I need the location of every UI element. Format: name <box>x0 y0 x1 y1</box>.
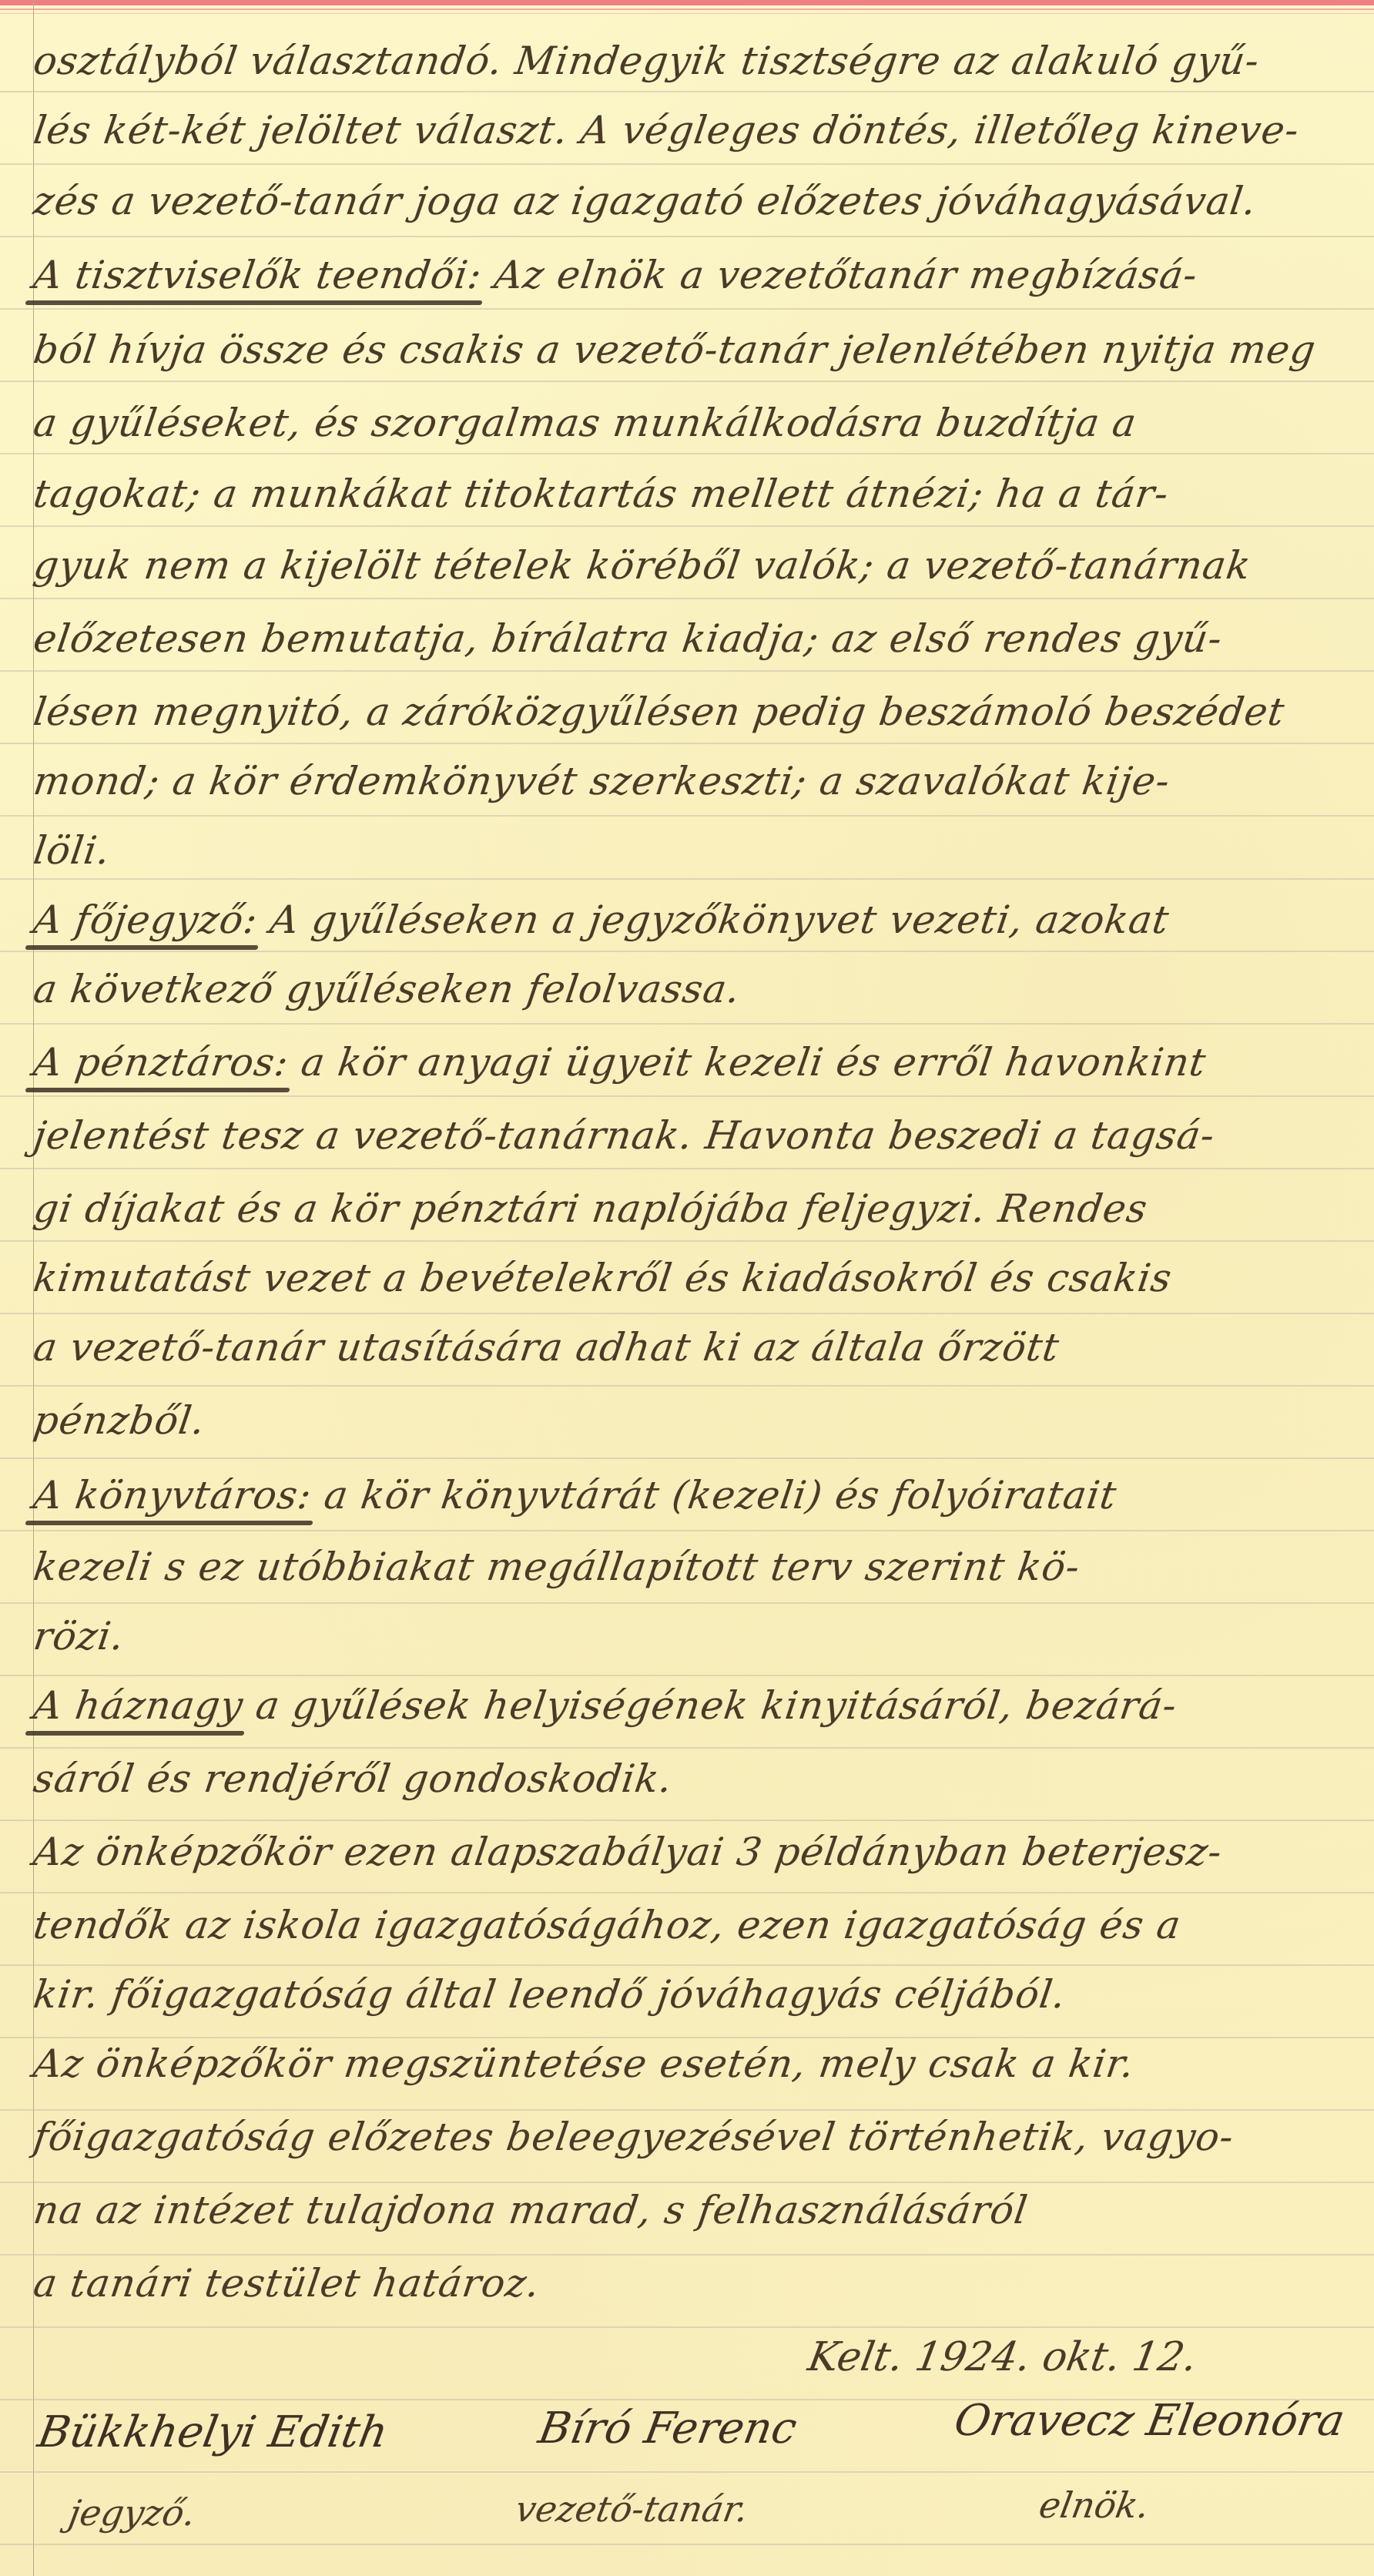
text-line: pénzből. <box>31 1398 208 1443</box>
text-line-with-heading: A könyvtáros: a kör könyvtárát (kezeli) … <box>31 1473 1120 1518</box>
text-fragment: Az elnök a vezetőtanár megbízásá- <box>491 253 1200 297</box>
ruled-line <box>0 951 1374 952</box>
ruled-line <box>0 1313 1374 1314</box>
date-line: Kelt. 1924. okt. 12. <box>805 2334 1201 2380</box>
heading-librarian: A könyvtáros: <box>31 1473 315 1518</box>
ruled-line <box>0 2109 1374 2111</box>
ruled-line <box>0 308 1374 310</box>
text-line: gi díjakat és a kör pénztári naplójába f… <box>31 1186 1151 1231</box>
ruled-line <box>0 1964 1374 1966</box>
ruled-line <box>0 743 1374 744</box>
text-line: jelentést tesz a vezető-tanárnak. Havont… <box>31 1113 1218 1158</box>
text-line: kimutatást vezet a bevételekről és kiadá… <box>31 1256 1175 1300</box>
signature-role-leading-teacher: vezető-tanár. <box>512 2488 751 2530</box>
ruled-line <box>0 1457 1374 1459</box>
ruled-line <box>0 815 1374 817</box>
text-fragment: a kör könyvtárát (kezeli) és folyóiratai… <box>321 1473 1119 1518</box>
ruled-line <box>0 1095 1374 1097</box>
text-fragment: A gyűléseken a jegyzőkönyvet vezeti, azo… <box>267 897 1172 942</box>
ruled-line <box>0 1530 1374 1531</box>
ruled-line <box>0 1240 1374 1242</box>
top-red-rule-secondary <box>0 8 1374 10</box>
ruled-line <box>0 2037 1374 2038</box>
ruled-line <box>0 163 1374 165</box>
text-line: főigazgatóság előzetes beleegyezésével t… <box>31 2115 1237 2159</box>
ruled-line <box>0 878 1374 880</box>
text-line: kir. főigazgatóság által leendő jóváhagy… <box>31 1972 1069 2017</box>
heading-treasurer: A pénztáros: <box>31 1040 292 1085</box>
ruled-line <box>0 236 1374 237</box>
signature-leading-teacher: Bíró Ferenc <box>535 2403 800 2454</box>
ruled-line <box>0 1892 1374 1893</box>
top-red-rule <box>0 0 1374 5</box>
ruled-line <box>0 2254 1374 2256</box>
text-line: rözi. <box>31 1614 127 1659</box>
signature-secretary: Bükkhelyi Edith <box>34 2407 391 2457</box>
text-line: osztályból választandó. Mindegyik tiszts… <box>31 39 1262 83</box>
text-fragment: a gyűlések helyiségének kinyitásáról, be… <box>253 1683 1180 1728</box>
ruled-line <box>0 1168 1374 1169</box>
text-line: a vezető-tanár utasítására adhat ki az á… <box>31 1325 1062 1370</box>
ruled-line <box>0 91 1374 92</box>
text-line-with-heading: A főjegyző: A gyűléseken a jegyzőkönyvet… <box>31 897 1172 942</box>
text-line: ból hívja össze és csakis a vezető-tanár… <box>31 327 1319 372</box>
text-line: na az intézet tulajdona marad, s felhasz… <box>31 2188 1030 2232</box>
text-line: Az önképzőkör megszüntetése esetén, mely… <box>31 2041 1138 2086</box>
text-line-with-heading: A pénztáros: a kör anyagi ügyeit kezeli … <box>31 1040 1209 1085</box>
signature-role-president: elnök. <box>1036 2484 1152 2526</box>
top-red-rule-tertiary <box>0 13 1374 14</box>
heading-officers-duties: A tisztviselők teendői: <box>31 253 485 297</box>
text-line: a következő gyűléseken felolvassa. <box>31 967 743 1011</box>
ruled-line <box>0 1820 1374 1821</box>
signature-role-secretary: jegyző. <box>65 2492 199 2534</box>
ruled-line <box>0 2326 1374 2328</box>
ruled-line <box>0 2471 1374 2473</box>
text-line: zés a vezető-tanár joga az igazgató előz… <box>31 179 1259 223</box>
text-line: előzetesen bemutatja, bírálatra kiadja; … <box>31 616 1225 661</box>
text-line-with-heading: A háznagy a gyűlések helyiségének kinyit… <box>31 1683 1180 1728</box>
ruled-line <box>0 1747 1374 1749</box>
text-line: tagokat; a munkákat titoktartás mellett … <box>31 471 1171 516</box>
ruled-line <box>0 1023 1374 1025</box>
heading-chief-secretary: A főjegyző: <box>31 897 260 942</box>
text-fragment: a kör anyagi ügyeit kezeli és erről havo… <box>298 1040 1208 1085</box>
ruled-line <box>0 525 1374 527</box>
ruled-line <box>0 1602 1374 1604</box>
ruled-line <box>0 670 1374 672</box>
text-line: lésen megnyitó, a záróközgyűlésen pedig … <box>31 689 1288 734</box>
text-line: mond; a kör érdemkönyvét szerkeszti; a s… <box>31 759 1173 803</box>
text-line: kezeli s ez utóbbiakat megállapított ter… <box>31 1545 1083 1589</box>
heading-caretaker: A háznagy <box>31 1683 246 1728</box>
ruled-line <box>0 1675 1374 1676</box>
signature-president: Oravecz Eleonóra <box>950 2396 1349 2446</box>
ruled-line <box>0 2544 1374 2545</box>
ruled-line <box>0 453 1374 454</box>
text-line: lés két-két jelöltet választ. A végleges… <box>31 108 1302 153</box>
text-line: löli. <box>31 828 113 873</box>
ruled-line <box>0 1385 1374 1387</box>
text-line: tendők az iskola igazgatóságához, ezen i… <box>31 1903 1184 1947</box>
text-line: a tanári testület határoz. <box>31 2261 543 2306</box>
ruled-line <box>0 598 1374 599</box>
text-line: a gyűléseket, és szorgalmas munkálkodásr… <box>31 401 1140 445</box>
text-line-with-heading: A tisztviselők teendői: Az elnök a vezet… <box>31 253 1201 297</box>
ruled-line <box>0 381 1374 382</box>
text-line: gyuk nem a kijelölt tételek köréből való… <box>31 543 1254 588</box>
text-line: Az önképzőkör ezen alapszabályai 3 példá… <box>31 1830 1225 1874</box>
text-line: sáról és rendjéről gondoskodik. <box>31 1756 675 1801</box>
ruled-line <box>0 2182 1374 2183</box>
